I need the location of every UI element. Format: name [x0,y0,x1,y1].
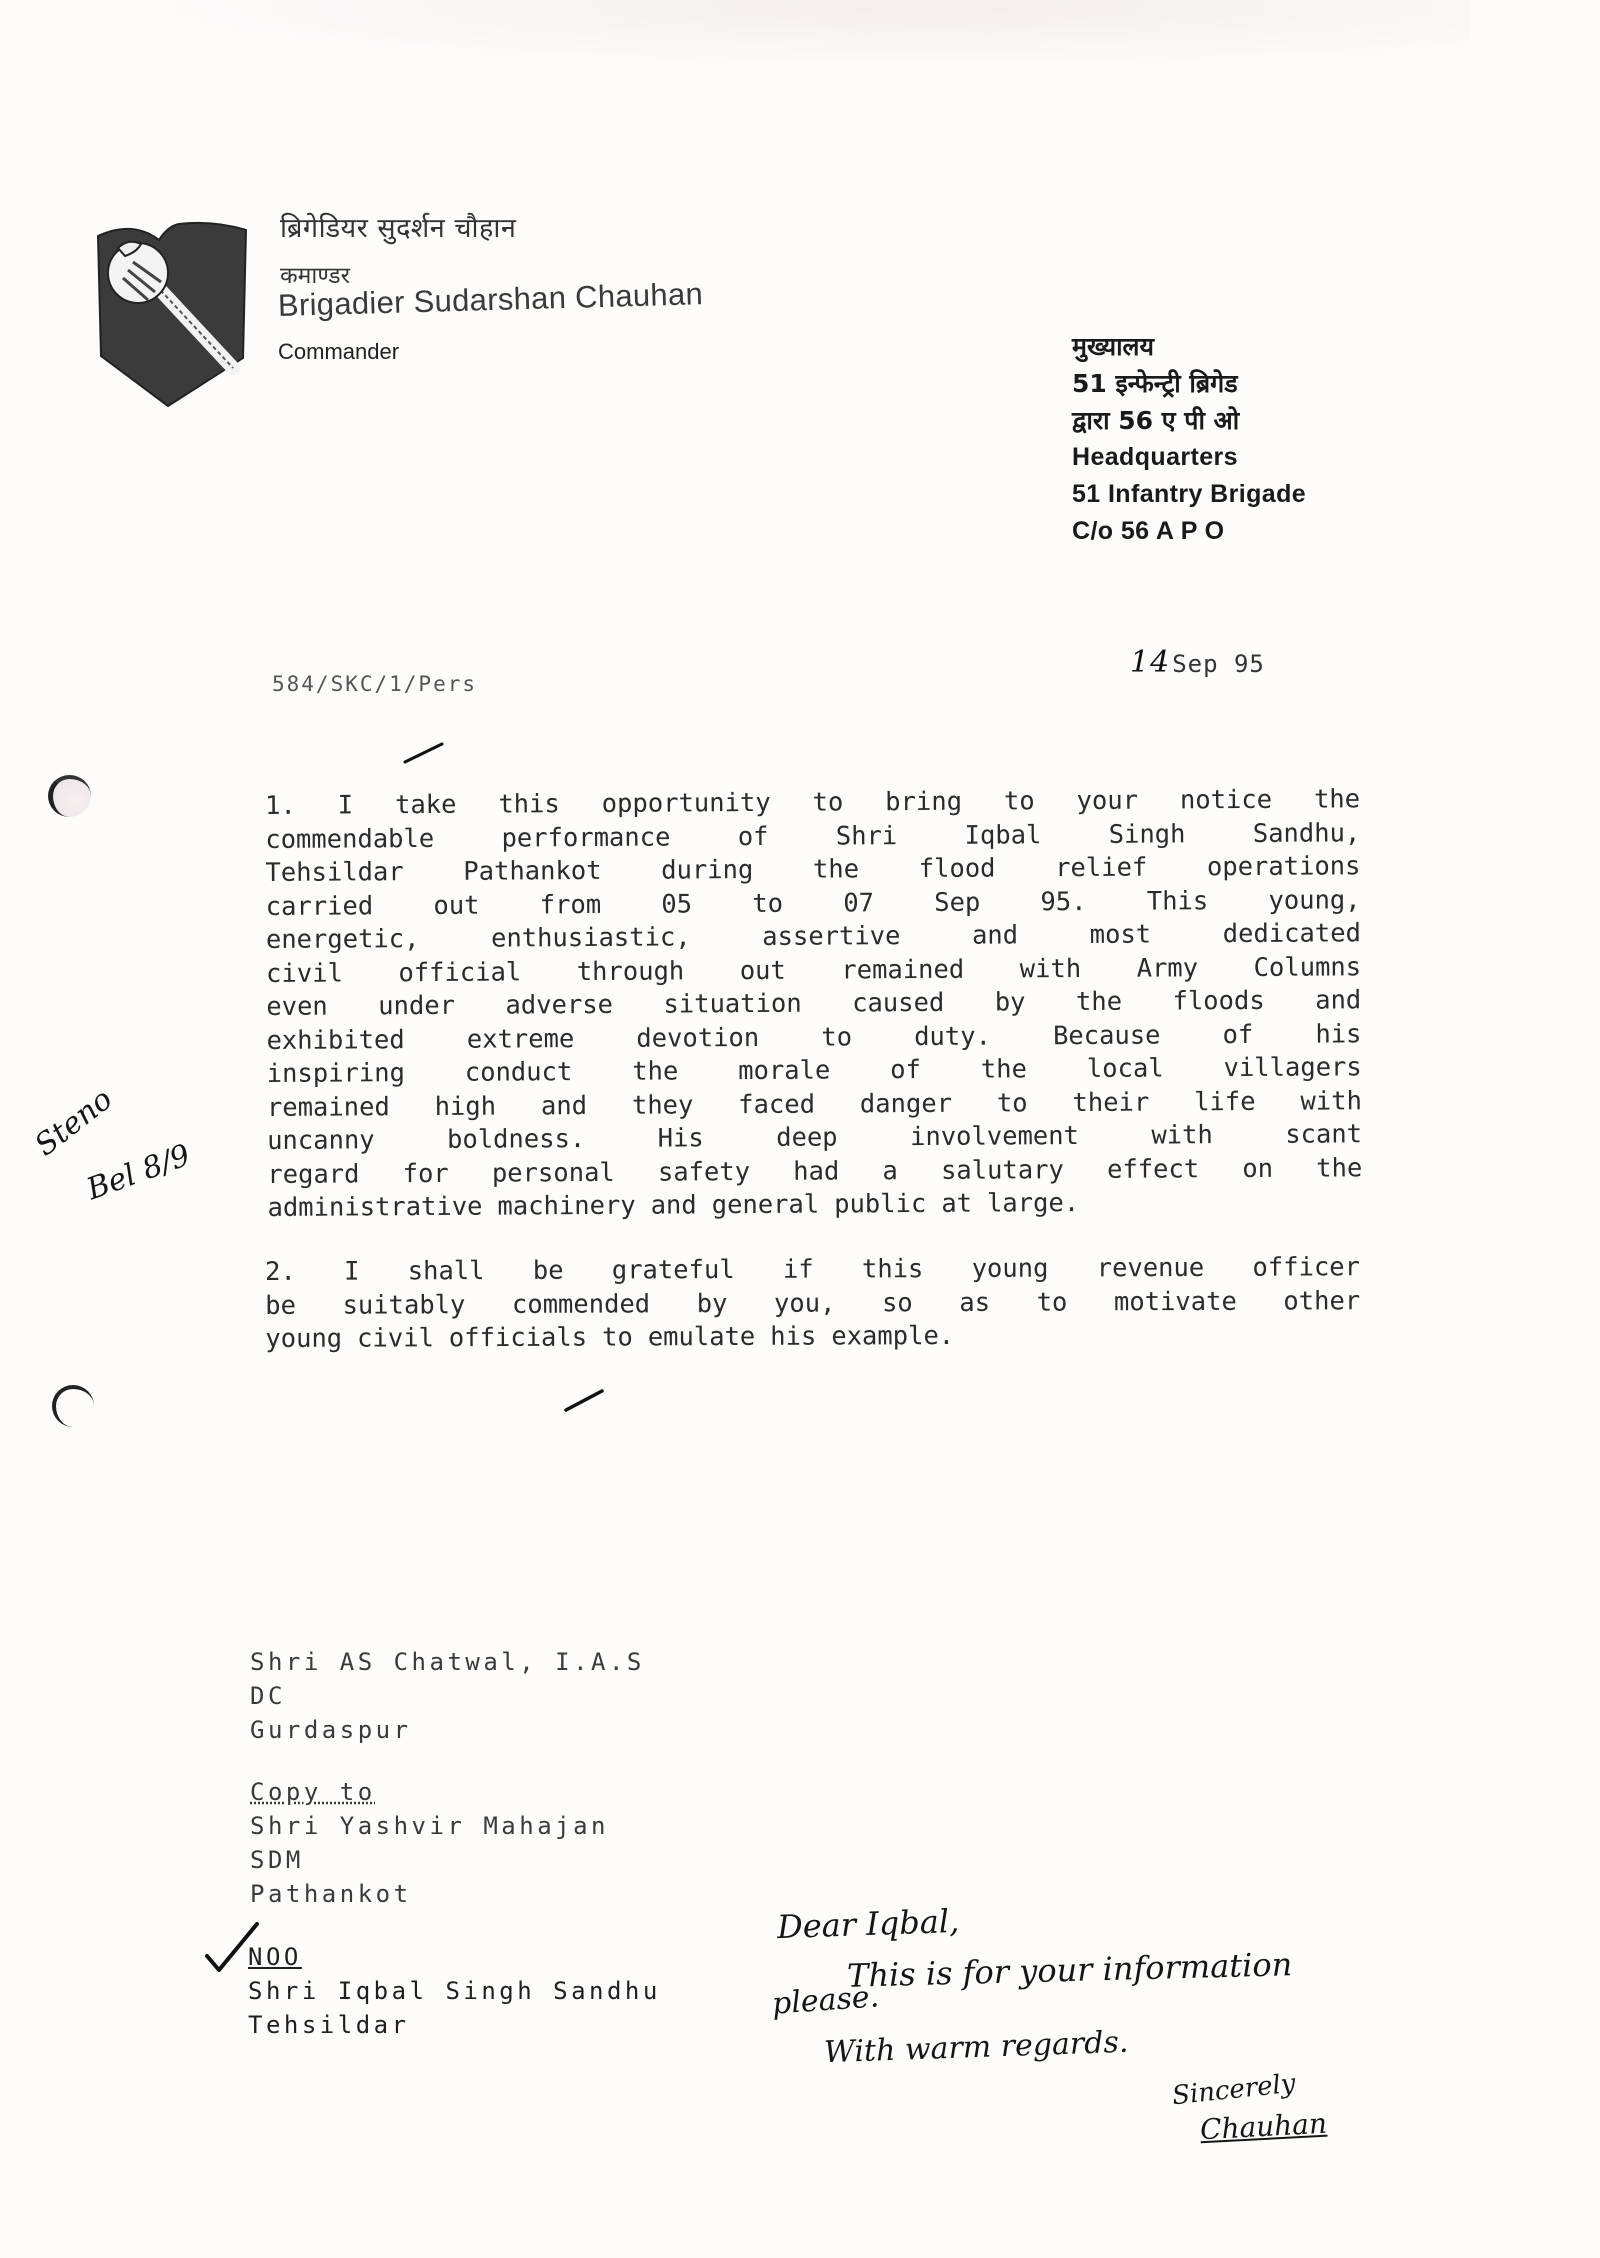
paragraph-2: 2.Ishallbegratefulifthisyoungrevenueoffi… [265,1251,1360,1356]
address-line: 51 इन्फेन्ट्री ब्रिगेड [1072,365,1306,402]
copy-to-line: SDM [250,1843,609,1877]
paragraph-line: administrativemachineryandgeneralpublica… [267,1185,1362,1225]
address-line: 51 Infantry Brigade [1072,476,1306,513]
letterhead-title: Commander [278,339,399,365]
paragraph-line: besuitablycommendedbyyou,soastomotivateo… [265,1285,1360,1323]
address-line: मुख्यालय [1072,328,1306,365]
paper-stain [120,0,1470,70]
margin-annotation-line1: Steno [29,1082,120,1164]
noo-heading: NOO [248,1940,661,1974]
recipient-line: DC [250,1679,645,1713]
letterhead-name-hindi: ब्रिगेडियर सुदर्शन चौहान [280,208,516,245]
copy-to-line: Pathankot [250,1877,609,1911]
handwritten-note: Dear Iqbal, This is for your information… [772,1905,1372,2145]
signature: Chauhan [1199,2107,1328,2147]
letterhead-title-hindi: कमाण्डर [280,258,350,290]
address-line: C/o 56 A P O [1072,513,1306,550]
note-line: Dear Iqbal, [776,1902,959,1946]
noo-line: Tehsildar [248,2008,661,2042]
pen-dash-mark [400,740,450,770]
noo-block: NOO Shri Iqbal Singh Sandhu Tehsildar [248,1940,661,2042]
recipient-line: Gurdaspur [250,1713,645,1747]
margin-annotation: Steno Bel 8/9 [30,1075,210,1225]
punch-hole-bottom [52,1385,94,1427]
punch-hole-top [48,775,91,817]
address-line: Headquarters [1072,439,1306,476]
recipient-block: Shri AS Chatwal, I.A.S DC Gurdaspur [250,1645,645,1747]
note-line: With warm regards. [823,2025,1128,2071]
letter-date: 14Sep 95 [1130,645,1265,680]
recipient-line: Shri AS Chatwal, I.A.S [250,1645,645,1679]
note-line: This is for your information [847,1945,1293,1995]
copy-to-block: Copy to Shri Yashvir Mahajan SDM Pathank… [250,1775,609,1911]
shield-crest-icon [93,218,251,408]
paragraph-line: 2.Ishallbegratefulifthisyoungrevenueoffi… [265,1251,1360,1289]
copy-to-line: Shri Yashvir Mahajan [250,1809,609,1843]
reference-number: 584/SKC/1/Pers [272,672,477,696]
headquarters-address: मुख्यालय 51 इन्फेन्ट्री ब्रिगेड द्वारा 5… [1072,328,1306,550]
noo-line: Shri Iqbal Singh Sandhu [248,1974,661,2008]
paragraph-line: youngcivilofficialstoemulatehisexample. [265,1318,1360,1356]
copy-to-heading: Copy to [250,1775,609,1809]
paragraph-line: regardforpersonalsafetyhadasalutaryeffec… [267,1152,1362,1192]
note-line: Sincerely [1171,2069,1297,2112]
paragraph-1: 1.Itakethisopportunitytobringtoyournotic… [265,783,1363,1225]
margin-annotation-line2: Bel 8/9 [82,1138,195,1208]
note-line: please. [771,1979,880,2021]
date-month-year: Sep 95 [1172,650,1265,678]
date-day-handwritten: 14 [1130,645,1170,680]
address-line: द्वारा 56 ए पी ओ [1072,402,1306,439]
pen-dash-mark [560,1385,610,1415]
paragraph-line: 1.Itakethisopportunitytobringtoyournotic… [265,783,1360,823]
paragraph-line: carriedoutfrom05to07Sep95.Thisyoung, [266,884,1361,924]
paragraph-line: evenunderadversesituationcausedbythefloo… [266,984,1361,1024]
